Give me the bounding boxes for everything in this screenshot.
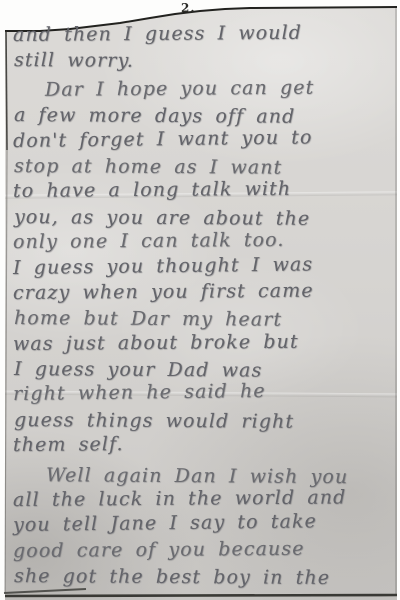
handwriting-line: I guess you thought I was [13, 251, 393, 281]
page-number: 2. [181, 1, 196, 15]
handwriting-line: still worry. [14, 48, 394, 76]
handwriting-line: and then I guess I would [13, 20, 393, 48]
handwriting-line: Dar I hope you can get [13, 75, 393, 103]
handwriting-line: them self. [13, 430, 393, 458]
handwriting-line: good care of you because [13, 536, 393, 564]
handwriting-line: don't forget I want you to [13, 124, 393, 154]
handwriting-line: was just about broke but [13, 329, 393, 357]
handwriting-line: right when he said he [13, 378, 393, 408]
handwriting-line: crazy when you first came [13, 278, 393, 306]
letter-body: and then I guess I would still worry. Da… [13, 23, 393, 590]
handwriting-line: to have a long talk with [13, 176, 393, 204]
handwriting-line: you tell Jane I say to take [13, 509, 393, 539]
scanned-letter-page: 2. and then I guess I would still worry.… [0, 0, 400, 600]
handwriting-line: she got the best boy in the [14, 564, 394, 592]
